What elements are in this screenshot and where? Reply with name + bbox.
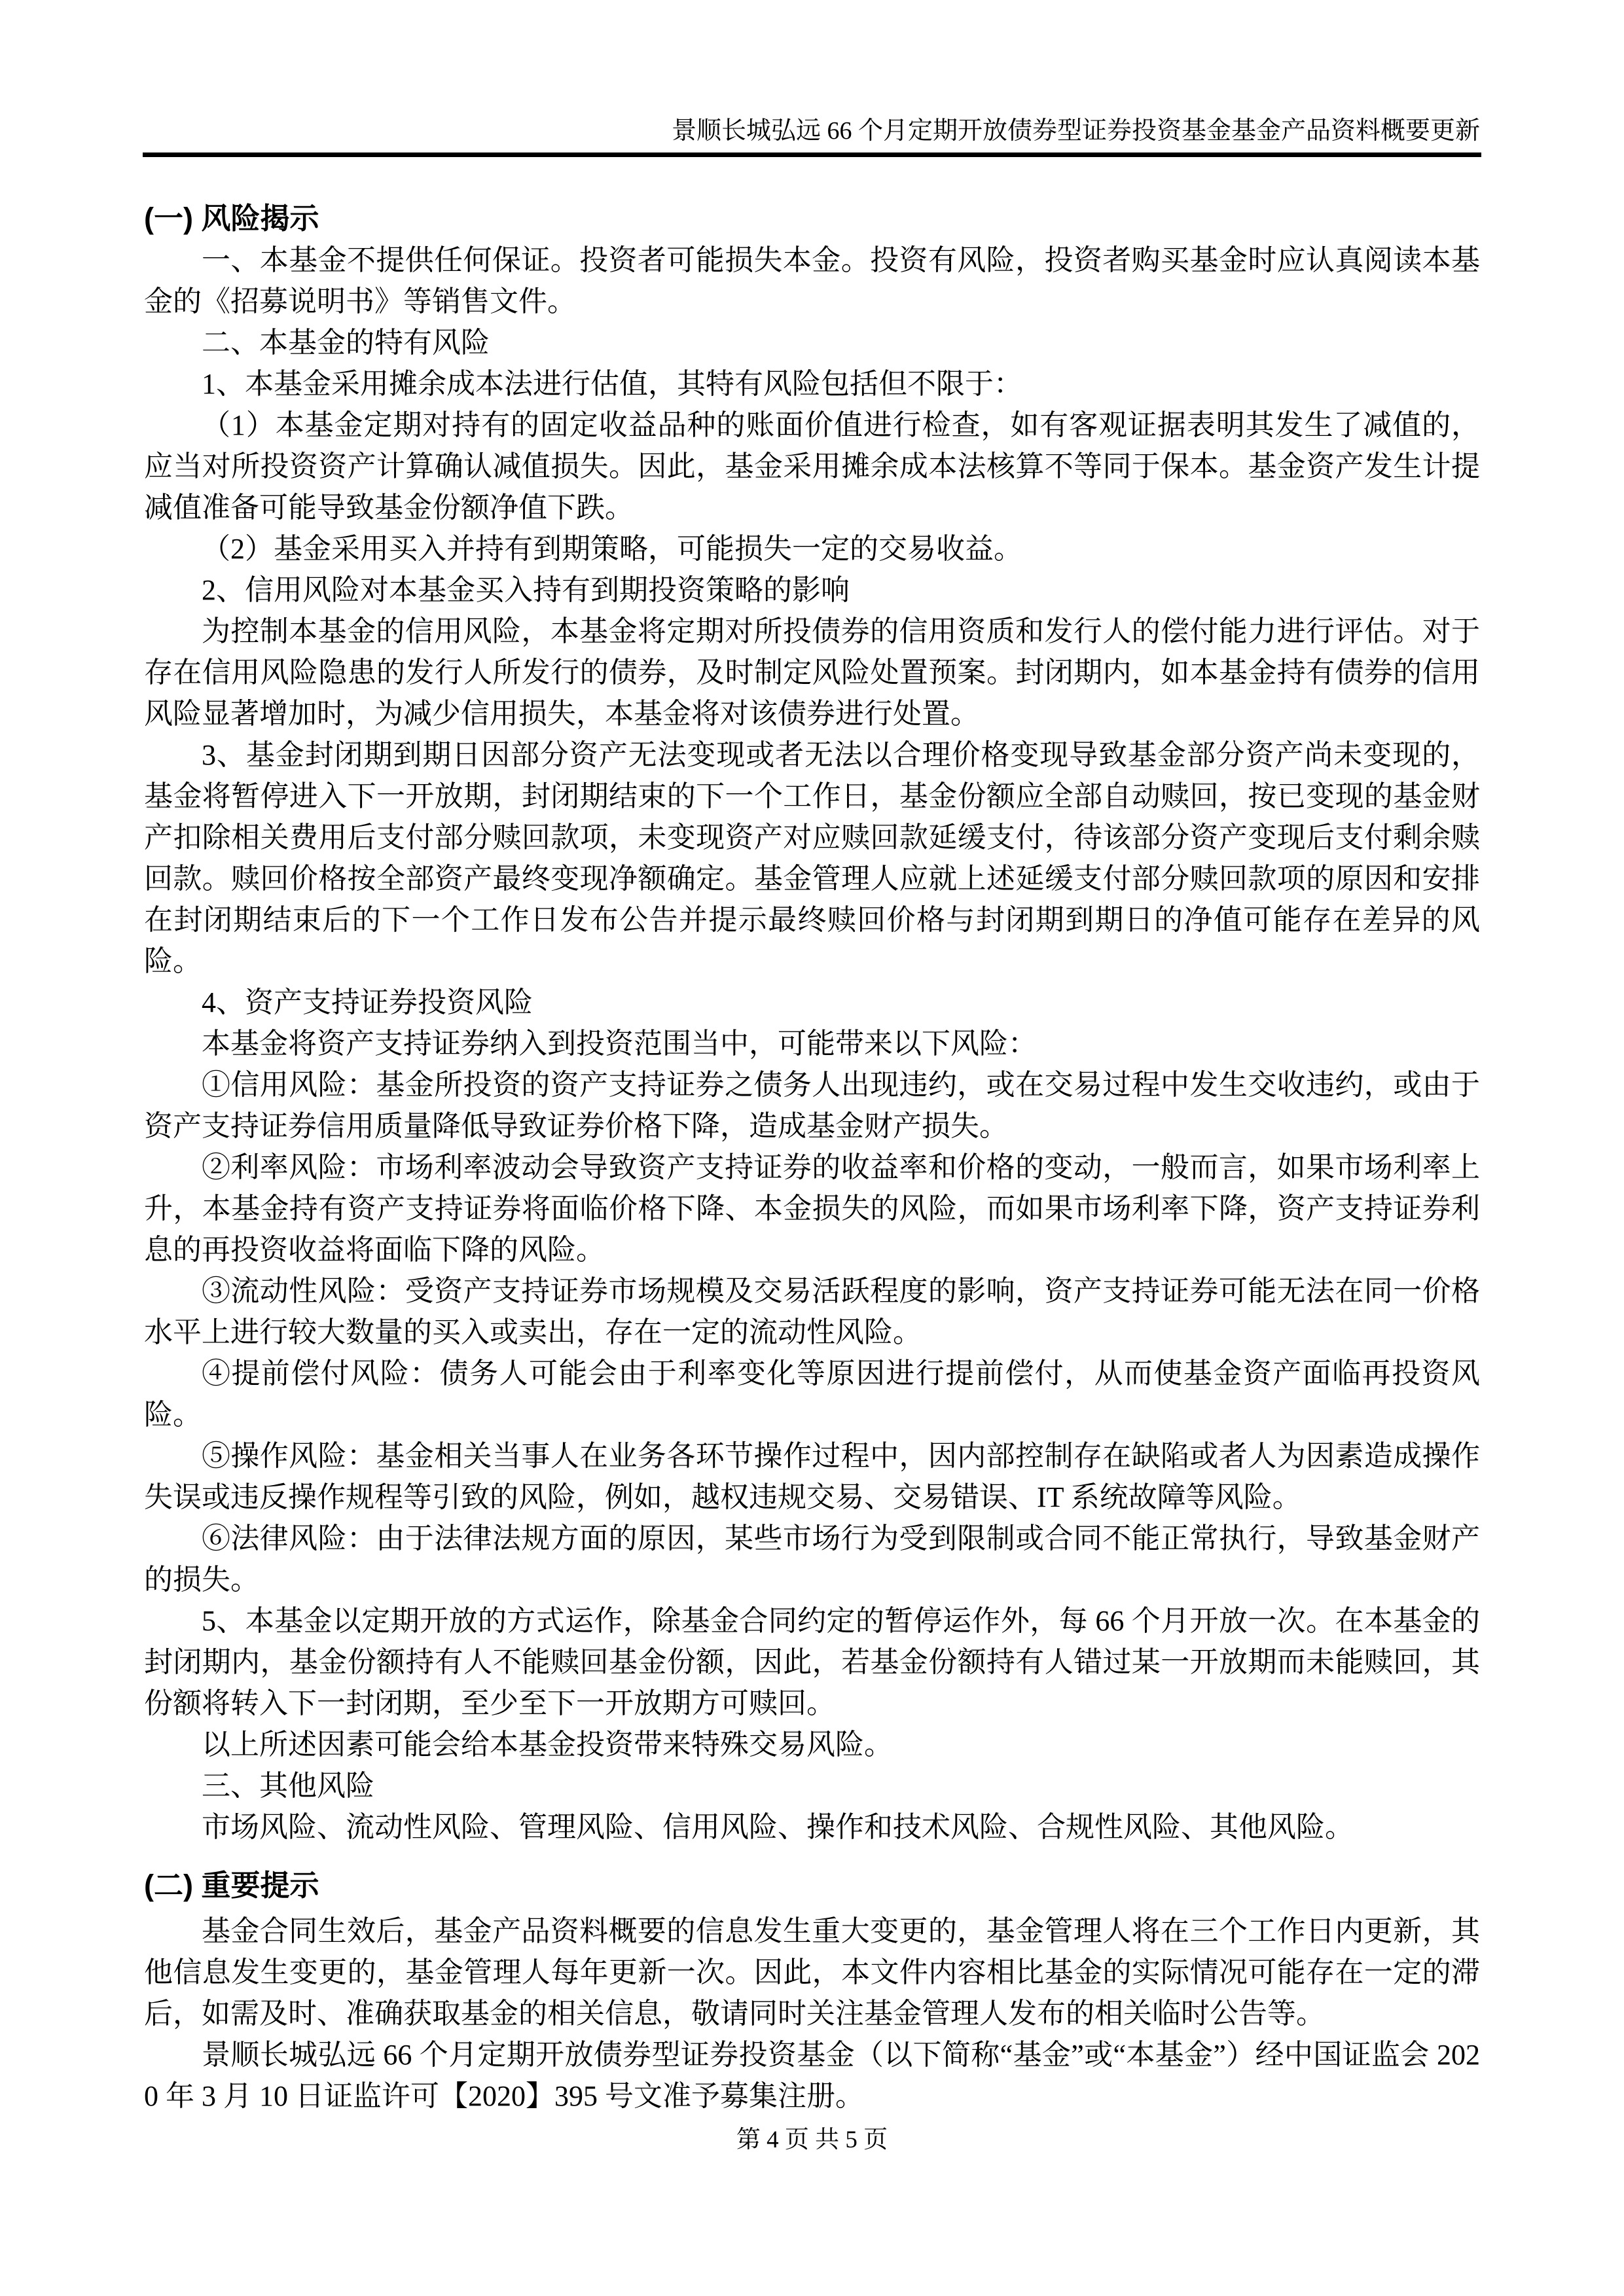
paragraph: 1、本基金采用摊余成本法进行估值，其特有风险包括但不限于： [144,363,1480,404]
paragraph: ②利率风险：市场利率波动会导致资产支持证券的收益率和价格的变动，一般而言，如果市… [144,1147,1480,1270]
paragraph: 为控制本基金的信用风险，本基金将定期对所投债券的信用资质和发行人的偿付能力进行评… [144,611,1480,734]
paragraph: ⑤操作风险：基金相关当事人在业务各环节操作过程中，因内部控制存在缺陷或者人为因素… [144,1435,1480,1518]
paragraph: 二、本基金的特有风险 [144,322,1480,363]
document-page: 景顺长城弘远 66 个月定期开放债券型证券投资基金基金产品资料概要更新 (一) … [0,0,1624,2296]
paragraph: （1）本基金定期对持有的固定收益品种的账面价值进行检查，如有客观证据表明其发生了… [144,404,1480,528]
header-divider [143,152,1481,157]
paragraph: 本基金将资产支持证券纳入到投资范围当中，可能带来以下风险： [144,1023,1480,1064]
paragraph: 4、资产支持证券投资风险 [144,982,1480,1023]
paragraph: 市场风险、流动性风险、管理风险、信用风险、操作和技术风险、合规性风险、其他风险。 [144,1806,1480,1848]
paragraph: 3、基金封闭期到期日因部分资产无法变现或者无法以合理价格变现导致基金部分资产尚未… [144,734,1480,982]
paragraph: 三、其他风险 [144,1765,1480,1806]
page-number: 第 4 页 共 5 页 [0,2125,1624,2156]
paragraph: 2、信用风险对本基金买入持有到期投资策略的影响 [144,569,1480,611]
running-header-title: 景顺长城弘远 66 个月定期开放债券型证券投资基金基金产品资料概要更新 [144,115,1480,147]
section-heading-important-notice: (二) 重要提示 [144,1865,1480,1907]
paragraph: 景顺长城弘远 66 个月定期开放债券型证券投资基金（以下简称“基金”或“本基金”… [144,2034,1480,2117]
paragraph: （2）基金采用买入并持有到期策略，可能损失一定的交易收益。 [144,528,1480,569]
paragraph: ⑥法律风险：由于法律法规方面的原因，某些市场行为受到限制或合同不能正常执行，导致… [144,1518,1480,1600]
paragraph: 一、本基金不提供任何保证。投资者可能损失本金。投资有风险，投资者购买基金时应认真… [144,240,1480,322]
paragraph: ①信用风险：基金所投资的资产支持证券之债务人出现违约，或在交易过程中发生交收违约… [144,1064,1480,1147]
paragraph: 基金合同生效后，基金产品资料概要的信息发生重大变更的，基金管理人将在三个工作日内… [144,1910,1480,2034]
paragraph: ③流动性风险：受资产支持证券市场规模及交易活跃程度的影响，资产支持证券可能无法在… [144,1270,1480,1353]
paragraph: 5、本基金以定期开放的方式运作，除基金合同约定的暂停运作外，每 66 个月开放一… [144,1600,1480,1724]
section-heading-risk-disclosure: (一) 风险揭示 [144,198,1480,240]
document-body: (一) 风险揭示 一、本基金不提供任何保证。投资者可能损失本金。投资有风险，投资… [144,198,1480,2117]
paragraph: ④提前偿付风险：债务人可能会由于利率变化等原因进行提前偿付，从而使基金资产面临再… [144,1353,1480,1435]
paragraph: 以上所述因素可能会给本基金投资带来特殊交易风险。 [144,1724,1480,1765]
